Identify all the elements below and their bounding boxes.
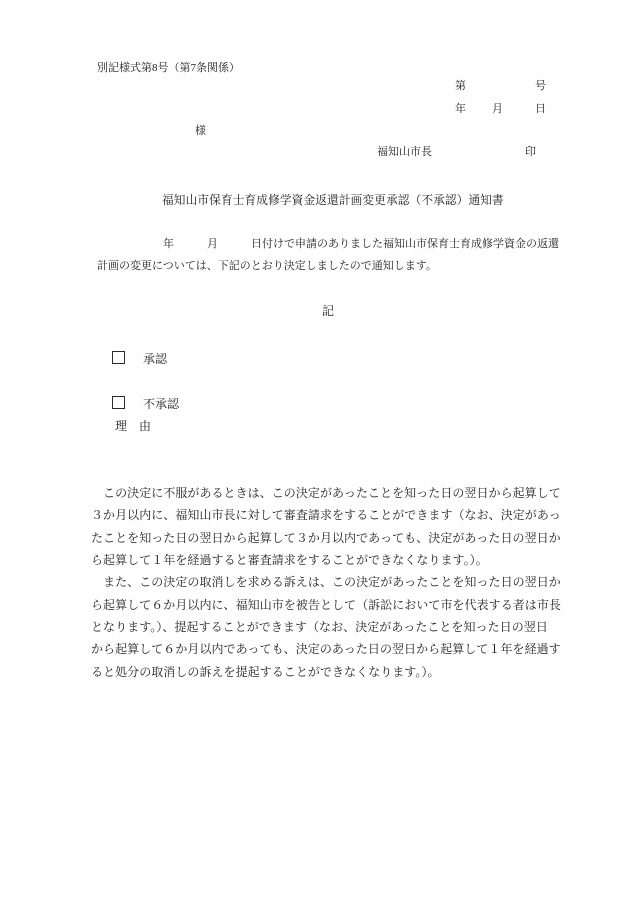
doc-number-suffix: 号	[535, 80, 546, 93]
intro-paragraph: 年 月 日付けで申請のありました福知山市保育士育成修学資金の返還 計画の変更につ…	[97, 233, 567, 278]
notice-line: となります。）、提起することができます（なお、決定があったことを知った日の翌日	[91, 616, 571, 638]
notice-line: ると処分の取消しの訴えを提起することができなくなります。）。	[91, 661, 571, 683]
doc-number-prefix: 第	[455, 80, 466, 93]
addressee-honorific: 様	[195, 125, 206, 138]
reason-label: 理 由	[115, 419, 151, 433]
document-title: 福知山市保育士育成修学資金返還計画変更承認（不承認）通知書	[162, 194, 504, 208]
seal-mark: 印	[525, 146, 536, 159]
sender-name: 福知山市長	[377, 146, 432, 159]
notice-line: ら起算して１年を経過すると審査請求をすることができなくなります。）。	[91, 549, 571, 571]
record-marker: 記	[322, 304, 334, 318]
notice-document-page: 別記様式第8号（第7条関係） 第 号 年 月 日 様 福知山市長 印 福知山市保…	[0, 0, 630, 903]
appeal-notice: この決定に不服があるときは、この決定があったことを知った日の翌日から起算して ３…	[91, 482, 571, 683]
reject-label: 不承認	[143, 397, 179, 411]
notice-line: たことを知った日の翌日から起算して３か月以内であっても、決定があった日の翌日か	[91, 527, 571, 549]
date-day-label: 日	[535, 103, 546, 116]
approve-label: 承認	[143, 352, 167, 366]
notice-line: から起算して６か月以内であっても、決定のあった日の翌日から起算して１年を経過す	[91, 638, 571, 660]
notice-line: ３か月以内に、福知山市長に対して審査請求をすることができます（なお、決定があっ	[91, 504, 571, 526]
date-month-label: 月	[492, 103, 503, 116]
notice-line: また、この決定の取消しを求める訴えは、この決定があったことを知った日の翌日か	[91, 571, 571, 593]
form-style-label: 別記様式第8号（第7条関係）	[97, 62, 240, 75]
reject-checkbox[interactable]	[112, 396, 125, 409]
notice-line: この決定に不服があるときは、この決定があったことを知った日の翌日から起算して	[91, 482, 571, 504]
notice-line: ら起算して６か月以内に、福知山市を被告として（訴訟において市を代表する者は市長	[91, 594, 571, 616]
option-approved-row: 承認	[112, 351, 167, 366]
date-year-label: 年	[455, 103, 466, 116]
option-rejected-row: 不承認	[112, 396, 179, 411]
intro-line-1: 年 月 日付けで申請のありました福知山市保育士育成修学資金の返還	[97, 233, 567, 255]
intro-line-2: 計画の変更については、下記のとおり決定しましたので通知します。	[97, 255, 567, 277]
approve-checkbox[interactable]	[112, 351, 125, 364]
